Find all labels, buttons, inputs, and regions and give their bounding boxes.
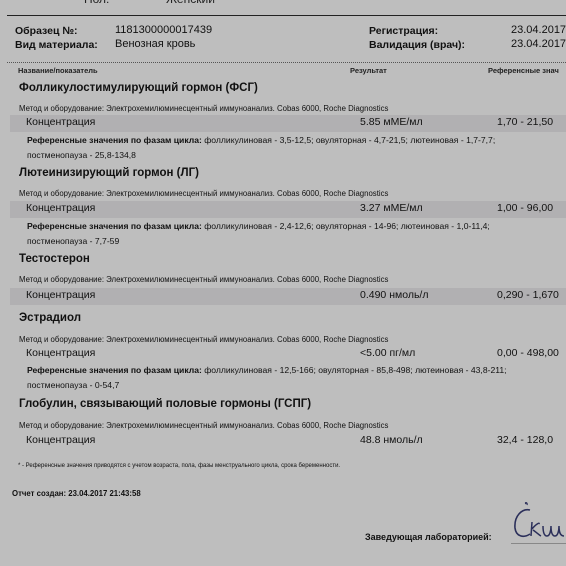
result-row-fsh: Концентрация 5.85 мМЕ/мл 1,70 - 21,50	[10, 115, 566, 132]
result-row-testosterone: Концентрация 0.490 нмоль/л 0,290 - 1,670	[10, 288, 566, 305]
param-label: Концентрация	[26, 289, 95, 301]
material-value: Венозная кровь	[115, 38, 195, 50]
result-value: <5.00 пг/мл	[360, 347, 415, 359]
test-title-fsh: Фолликулостимулирующий гормон (ФСГ)	[19, 82, 258, 94]
test-title-testosterone: Тестостерон	[19, 253, 90, 265]
test-title-lh: Лютеинизирующий гормон (ЛГ)	[19, 167, 199, 179]
test-method: Метод и оборудование: Электрохемилюминес…	[19, 421, 388, 430]
param-label: Концентрация	[26, 202, 95, 214]
reference-notes-fsh: Референсные значения по фазам цикла: фол…	[27, 133, 495, 162]
result-row-shbg: Концентрация 48.8 нмоль/л 32,4 - 128,0	[10, 433, 566, 450]
registration-label: Регистрация:	[369, 25, 438, 37]
reference-notes-text: постменопауза - 0-54,7	[27, 380, 119, 390]
validation-label: Валидация (врач):	[369, 39, 465, 51]
reference-range: 1,70 - 21,50	[497, 116, 553, 128]
result-value: 3.27 мМЕ/мл	[360, 202, 423, 214]
validation-value: 23.04.2017	[511, 38, 566, 50]
reference-notes-text: постменопауза - 25,8-134,8	[27, 150, 136, 160]
reference-notes-lh: Референсные значения по фазам цикла: фол…	[27, 219, 490, 248]
reference-notes-text: постменопауза - 7,7-59	[27, 236, 119, 246]
test-method: Метод и оборудование: Электрохемилюминес…	[19, 189, 388, 198]
test-method: Метод и оборудование: Электрохемилюминес…	[19, 104, 388, 113]
result-row-lh: Концентрация 3.27 мМЕ/мл 1,00 - 96,00	[10, 201, 566, 218]
result-value: 48.8 нмоль/л	[360, 434, 423, 446]
material-label: Вид материала:	[15, 39, 98, 51]
test-method: Метод и оборудование: Электрохемилюминес…	[19, 275, 388, 284]
reference-notes-text: фолликулиновая - 12,5-166; овуляторная -…	[202, 365, 507, 375]
report-created: Отчет создан: 23.04.2017 21:43:58	[12, 489, 141, 498]
lab-head-label: Заведующая лабораторией:	[365, 532, 492, 542]
reference-notes-label: Референсные значения по фазам цикла:	[27, 221, 202, 231]
signature-image	[512, 502, 566, 549]
result-row-estradiol: Концентрация <5.00 пг/мл 0,00 - 498,00	[10, 346, 566, 363]
param-label: Концентрация	[26, 116, 95, 128]
reference-notes-text: фолликулиновая - 3,5-12,5; овуляторная -…	[202, 135, 495, 145]
sex-value: Женский	[166, 0, 215, 6]
reference-notes-label: Референсные значения по фазам цикла:	[27, 365, 202, 375]
reference-range: 0,00 - 498,00	[497, 347, 559, 359]
test-method: Метод и оборудование: Электрохемилюминес…	[19, 335, 388, 344]
reference-notes-text: фолликулиновая - 2,4-12,6; овуляторная -…	[202, 221, 490, 231]
param-label: Концентрация	[26, 347, 95, 359]
reference-range: 1,00 - 96,00	[497, 202, 553, 214]
test-title-estradiol: Эстрадиол	[19, 312, 81, 324]
registration-value: 23.04.2017	[511, 24, 566, 36]
sample-label: Образец №:	[15, 25, 78, 37]
param-label: Концентрация	[26, 434, 95, 446]
header-divider	[7, 15, 566, 16]
reference-notes-label: Референсные значения по фазам цикла:	[27, 135, 202, 145]
reference-range: 32,4 - 128,0	[497, 434, 553, 446]
test-title-shbg: Глобулин, связывающий половые гормоны (Г…	[19, 398, 311, 410]
reference-range: 0,290 - 1,670	[497, 289, 559, 301]
column-header-name: Название/показатель	[18, 66, 98, 75]
column-header-result: Результат	[350, 66, 387, 75]
sex-label: Пол:	[84, 0, 109, 6]
lab-report-page: Пол: Женский Образец №: 1181300000017439…	[0, 0, 566, 566]
reference-notes-estradiol: Референсные значения по фазам цикла: фол…	[27, 363, 507, 392]
columns-divider	[7, 62, 566, 63]
result-value: 5.85 мМЕ/мл	[360, 116, 423, 128]
result-value: 0.490 нмоль/л	[360, 289, 428, 301]
column-header-reference: Референсные знач	[488, 66, 559, 75]
footnote: * - Референсные значения приводятся с уч…	[18, 463, 340, 469]
sample-value: 1181300000017439	[115, 24, 212, 36]
